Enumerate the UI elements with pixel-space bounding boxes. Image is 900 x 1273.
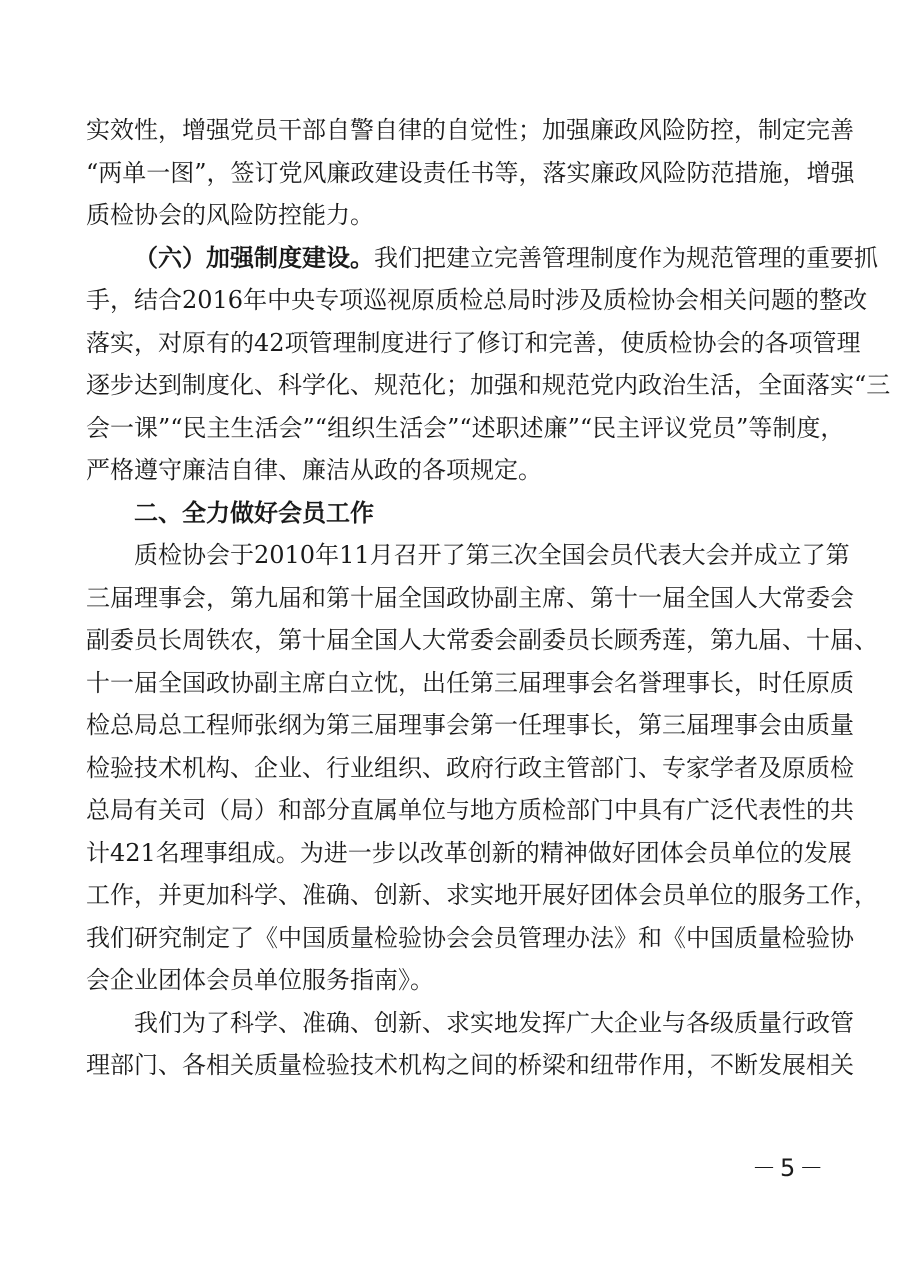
text-line: 落实，对原有的42项管理制度进行了修订和完善，使质检协会的各项管理 — [86, 322, 814, 365]
text-line: “两单一图”，签订党风廉政建设责任书等，落实廉政风险防范措施，增强 — [86, 152, 814, 195]
text-line: 理部门、各相关质量检验技术机构之间的桥梁和纽带作用，不断发展相关 — [86, 1044, 814, 1087]
section-heading: 二、全力做好会员工作 — [86, 492, 814, 535]
page-number: －5－ — [752, 1150, 827, 1186]
text-line: 严格遵守廉洁自律、廉洁从政的各项规定。 — [86, 449, 814, 492]
text-span: 我们把建立完善管理制度作为规范管理的重要抓 — [374, 244, 878, 272]
text-line: 会一课”“民主生活会”“组织生活会”“述职述廉”“民主评议党员”等制度， — [86, 407, 814, 450]
paragraph-first-line: 我们为了科学、准确、创新、求实地发挥广大企业与各级质量行政管 — [86, 1002, 814, 1045]
text-line: 检验技术机构、企业、行业组织、政府行政主管部门、专家学者及原质检 — [86, 747, 814, 790]
text-line: 十一届全国政协副主席白立忱，出任第三届理事会名誉理事长，时任原质 — [86, 662, 814, 705]
subsection-title: （六）加强制度建设。 — [134, 244, 374, 272]
document-page: 实效性，增强党员干部自警自律的自觉性；加强廉政风险防控，制定完善 “两单一图”，… — [86, 109, 814, 1087]
text-line: 我们研究制定了《中国质量检验协会会员管理办法》和《中国质量检验协 — [86, 917, 814, 960]
text-line: 检总局总工程师张纲为第三届理事会第一任理事长，第三届理事会由质量 — [86, 704, 814, 747]
text-line: 质检协会的风险防控能力。 — [86, 194, 814, 237]
text-line: 实效性，增强党员干部自警自律的自觉性；加强廉政风险防控，制定完善 — [86, 109, 814, 152]
text-line: 总局有关司（局）和部分直属单位与地方质检部门中具有广泛代表性的共 — [86, 789, 814, 832]
text-line: 逐步达到制度化、科学化、规范化；加强和规范党内政治生活，全面落实“三 — [86, 364, 814, 407]
text-line: 会企业团体会员单位服务指南》。 — [86, 959, 814, 1002]
paragraph-first-line: （六）加强制度建设。我们把建立完善管理制度作为规范管理的重要抓 — [86, 237, 814, 280]
paragraph-first-line: 质检协会于2010年11月召开了第三次全国会员代表大会并成立了第 — [86, 534, 814, 577]
text-line: 手，结合2016年中央专项巡视原质检总局时涉及质检协会相关问题的整改 — [86, 279, 814, 322]
text-line: 副委员长周铁农，第十届全国人大常委会副委员长顾秀莲，第九届、十届、 — [86, 619, 814, 662]
text-line: 计421名理事组成。为进一步以改革创新的精神做好团体会员单位的发展 — [86, 832, 814, 875]
text-line: 工作，并更加科学、准确、创新、求实地开展好团体会员单位的服务工作， — [86, 874, 814, 917]
text-line: 三届理事会，第九届和第十届全国政协副主席、第十一届全国人大常委会 — [86, 577, 814, 620]
